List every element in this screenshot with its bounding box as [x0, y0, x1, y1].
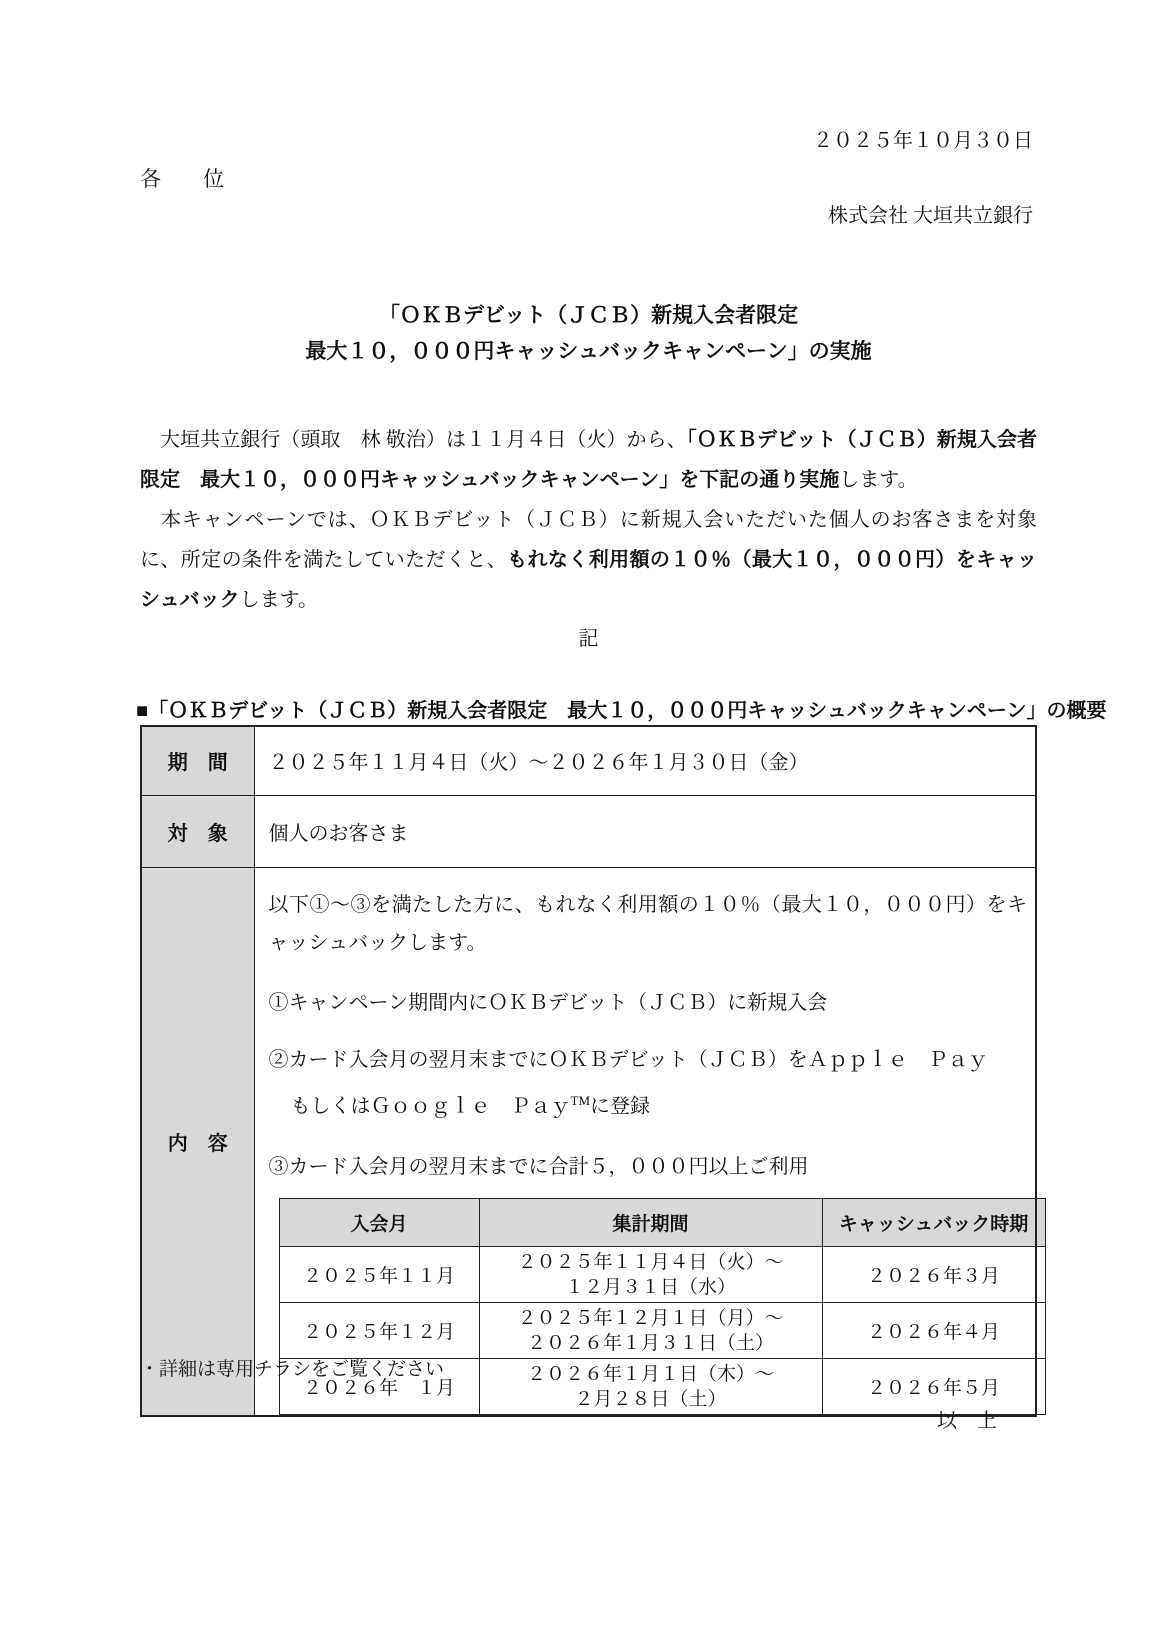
schedule-row-1: ２０２５年１１月 ２０２５年１１月４日（火）～ １２月３１日（水） ２０２６年３… — [279, 1247, 1045, 1303]
footnote: ・詳細は専用チラシをご覧ください — [140, 1354, 444, 1381]
schedule-row-3-period-line2: ２月２８日（土） — [481, 1387, 821, 1412]
body-paragraphs: 大垣共立銀行（頭取 林 敬治）は１１月４日（火）から、「ＯＫＢデビット（ＪＣＢ）… — [140, 420, 1037, 620]
row-value-target: 個人のお客さま — [254, 795, 1036, 867]
company-name: 株式会社 大垣共立銀行 — [828, 199, 1033, 228]
condition-item-2-line2-post: に登録 — [590, 1095, 650, 1117]
schedule-row-1-period-line2: １２月３１日（水） — [481, 1275, 821, 1300]
ki-marker: 記 — [140, 622, 1037, 651]
document-body: ２０２５年１０月３０日 各 位 株式会社 大垣共立銀行 「ＯＫＢデビット（ＪＣＢ… — [140, 0, 1037, 1652]
row-label-period: 期 間 — [141, 726, 254, 795]
trademark-superscript: TM — [571, 1093, 591, 1108]
paragraph-2: 本キャンペーンでは、ＯＫＢデビット（ＪＣＢ）に新規入会いただいた個人のお客さまを… — [140, 500, 1037, 620]
paragraph-1-normal-tail: します。 — [839, 469, 917, 491]
schedule-row-1-period-line1: ２０２５年１１月４日（火）～ — [481, 1250, 821, 1275]
condition-item-2-line1: ②カード入会月の翌月末までにＯＫＢデビット（ＪＣＢ）をＡｐｐｌｅ Ｐａｙ — [269, 1044, 1028, 1076]
condition-item-3: ③カード入会月の翌月末までに合計５，０００円以上ご利用 — [269, 1151, 1028, 1183]
schedule-row-2-month: ２０２５年１２月 — [279, 1303, 479, 1359]
schedule-row-3-period-line1: ２０２６年１月１日（木）～ — [481, 1362, 821, 1387]
condition-item-2-line2-pre: もしくはＧｏｏｇｌｅ Ｐａｙ — [291, 1095, 571, 1117]
schedule-row-3-period: ２０２６年１月１日（木）～ ２月２８日（土） — [479, 1359, 822, 1415]
row-value-content: 以下①～③を満たした方に、もれなく利用額の１０％（最大１０，０００円）をキャッシ… — [254, 867, 1036, 1416]
schedule-header-row: 入会月 集計期間 キャッシュバック時期 — [279, 1199, 1045, 1247]
paragraph-2-normal-tail: します。 — [240, 589, 318, 611]
issue-date: ２０２５年１０月３０日 — [813, 124, 1033, 153]
schedule-row-2-period-line2: ２０２６年１月３１日（土） — [481, 1331, 821, 1356]
document-title: 「ＯＫＢデビット（ＪＣＢ）新規入会者限定 最大１０，０００円キャッシュバックキャ… — [140, 298, 1037, 370]
schedule-header-period: 集計期間 — [479, 1199, 822, 1247]
schedule-row-2-period: ２０２５年１２月１日（月）～ ２０２６年１月３１日（土） — [479, 1303, 822, 1359]
content-intro: 以下①～③を満たした方に、もれなく利用額の１０％（最大１０，０００円）をキャッシ… — [269, 886, 1028, 962]
condition-item-2-line2: もしくはＧｏｏｇｌｅ ＰａｙTMに登録 — [269, 1085, 1028, 1123]
schedule-row-1-period: ２０２５年１１月４日（火）～ １２月３１日（水） — [479, 1247, 822, 1303]
schedule-row-2-period-line1: ２０２５年１２月１日（月）～ — [481, 1306, 821, 1331]
schedule-row-3-cashback: ２０２６年５月 — [822, 1359, 1045, 1415]
schedule-header-cashback: キャッシュバック時期 — [822, 1199, 1045, 1247]
row-label-target: 対 象 — [141, 795, 254, 867]
row-label-content: 内 容 — [141, 867, 254, 1416]
schedule-row-1-cashback: ２０２６年３月 — [822, 1247, 1045, 1303]
schedule-header-month: 入会月 — [279, 1199, 479, 1247]
schedule-row-2-cashback: ２０２６年４月 — [822, 1303, 1045, 1359]
schedule-row-1-month: ２０２５年１１月 — [279, 1247, 479, 1303]
paragraph-1-normal-lead: 大垣共立銀行（頭取 林 敬治）は１１月４日（火）から、 — [140, 429, 687, 451]
row-value-period: ２０２５年１１月４日（火）～２０２６年１月３０日（金） — [254, 726, 1036, 795]
table-row-period: 期 間 ２０２５年１１月４日（火）～２０２６年１月３０日（金） — [141, 726, 1036, 795]
document-title-line2: 最大１０，０００円キャッシュバックキャンペーン」の実施 — [140, 334, 1037, 370]
table-row-content: 内 容 以下①～③を満たした方に、もれなく利用額の１０％（最大１０，０００円）を… — [141, 867, 1036, 1416]
document-title-line1: 「ＯＫＢデビット（ＪＣＢ）新規入会者限定 — [140, 298, 1037, 334]
summary-section-heading: ■「ＯＫＢデビット（ＪＣＢ）新規入会者限定 最大１０，０００円キャッシュバックキ… — [136, 694, 1041, 723]
paragraph-1: 大垣共立銀行（頭取 林 敬治）は１１月４日（火）から、「ＯＫＢデビット（ＪＣＢ）… — [140, 420, 1037, 500]
condition-item-2: ②カード入会月の翌月末までにＯＫＢデビット（ＪＣＢ）をＡｐｐｌｅ Ｐａｙ もしく… — [269, 1044, 1028, 1123]
addressee: 各 位 — [140, 163, 224, 193]
press-release-page: ２０２５年１０月３０日 各 位 株式会社 大垣共立銀行 「ＯＫＢデビット（ＪＣＢ… — [0, 0, 1170, 1652]
schedule-row-2: ２０２５年１２月 ２０２５年１２月１日（月）～ ２０２６年１月３１日（土） ２０… — [279, 1303, 1045, 1359]
closing-mark: 以 上 — [937, 1404, 997, 1433]
cashback-schedule-table: 入会月 集計期間 キャッシュバック時期 ２０２５年１１月 — [279, 1198, 1046, 1415]
table-row-target: 対 象 個人のお客さま — [141, 795, 1036, 867]
campaign-summary-table: 期 間 ２０２５年１１月４日（火）～２０２６年１月３０日（金） 対 象 個人のお… — [140, 725, 1037, 1417]
condition-item-1: ①キャンペーン期間内にＯＫＢデビット（ＪＣＢ）に新規入会 — [269, 987, 1028, 1019]
